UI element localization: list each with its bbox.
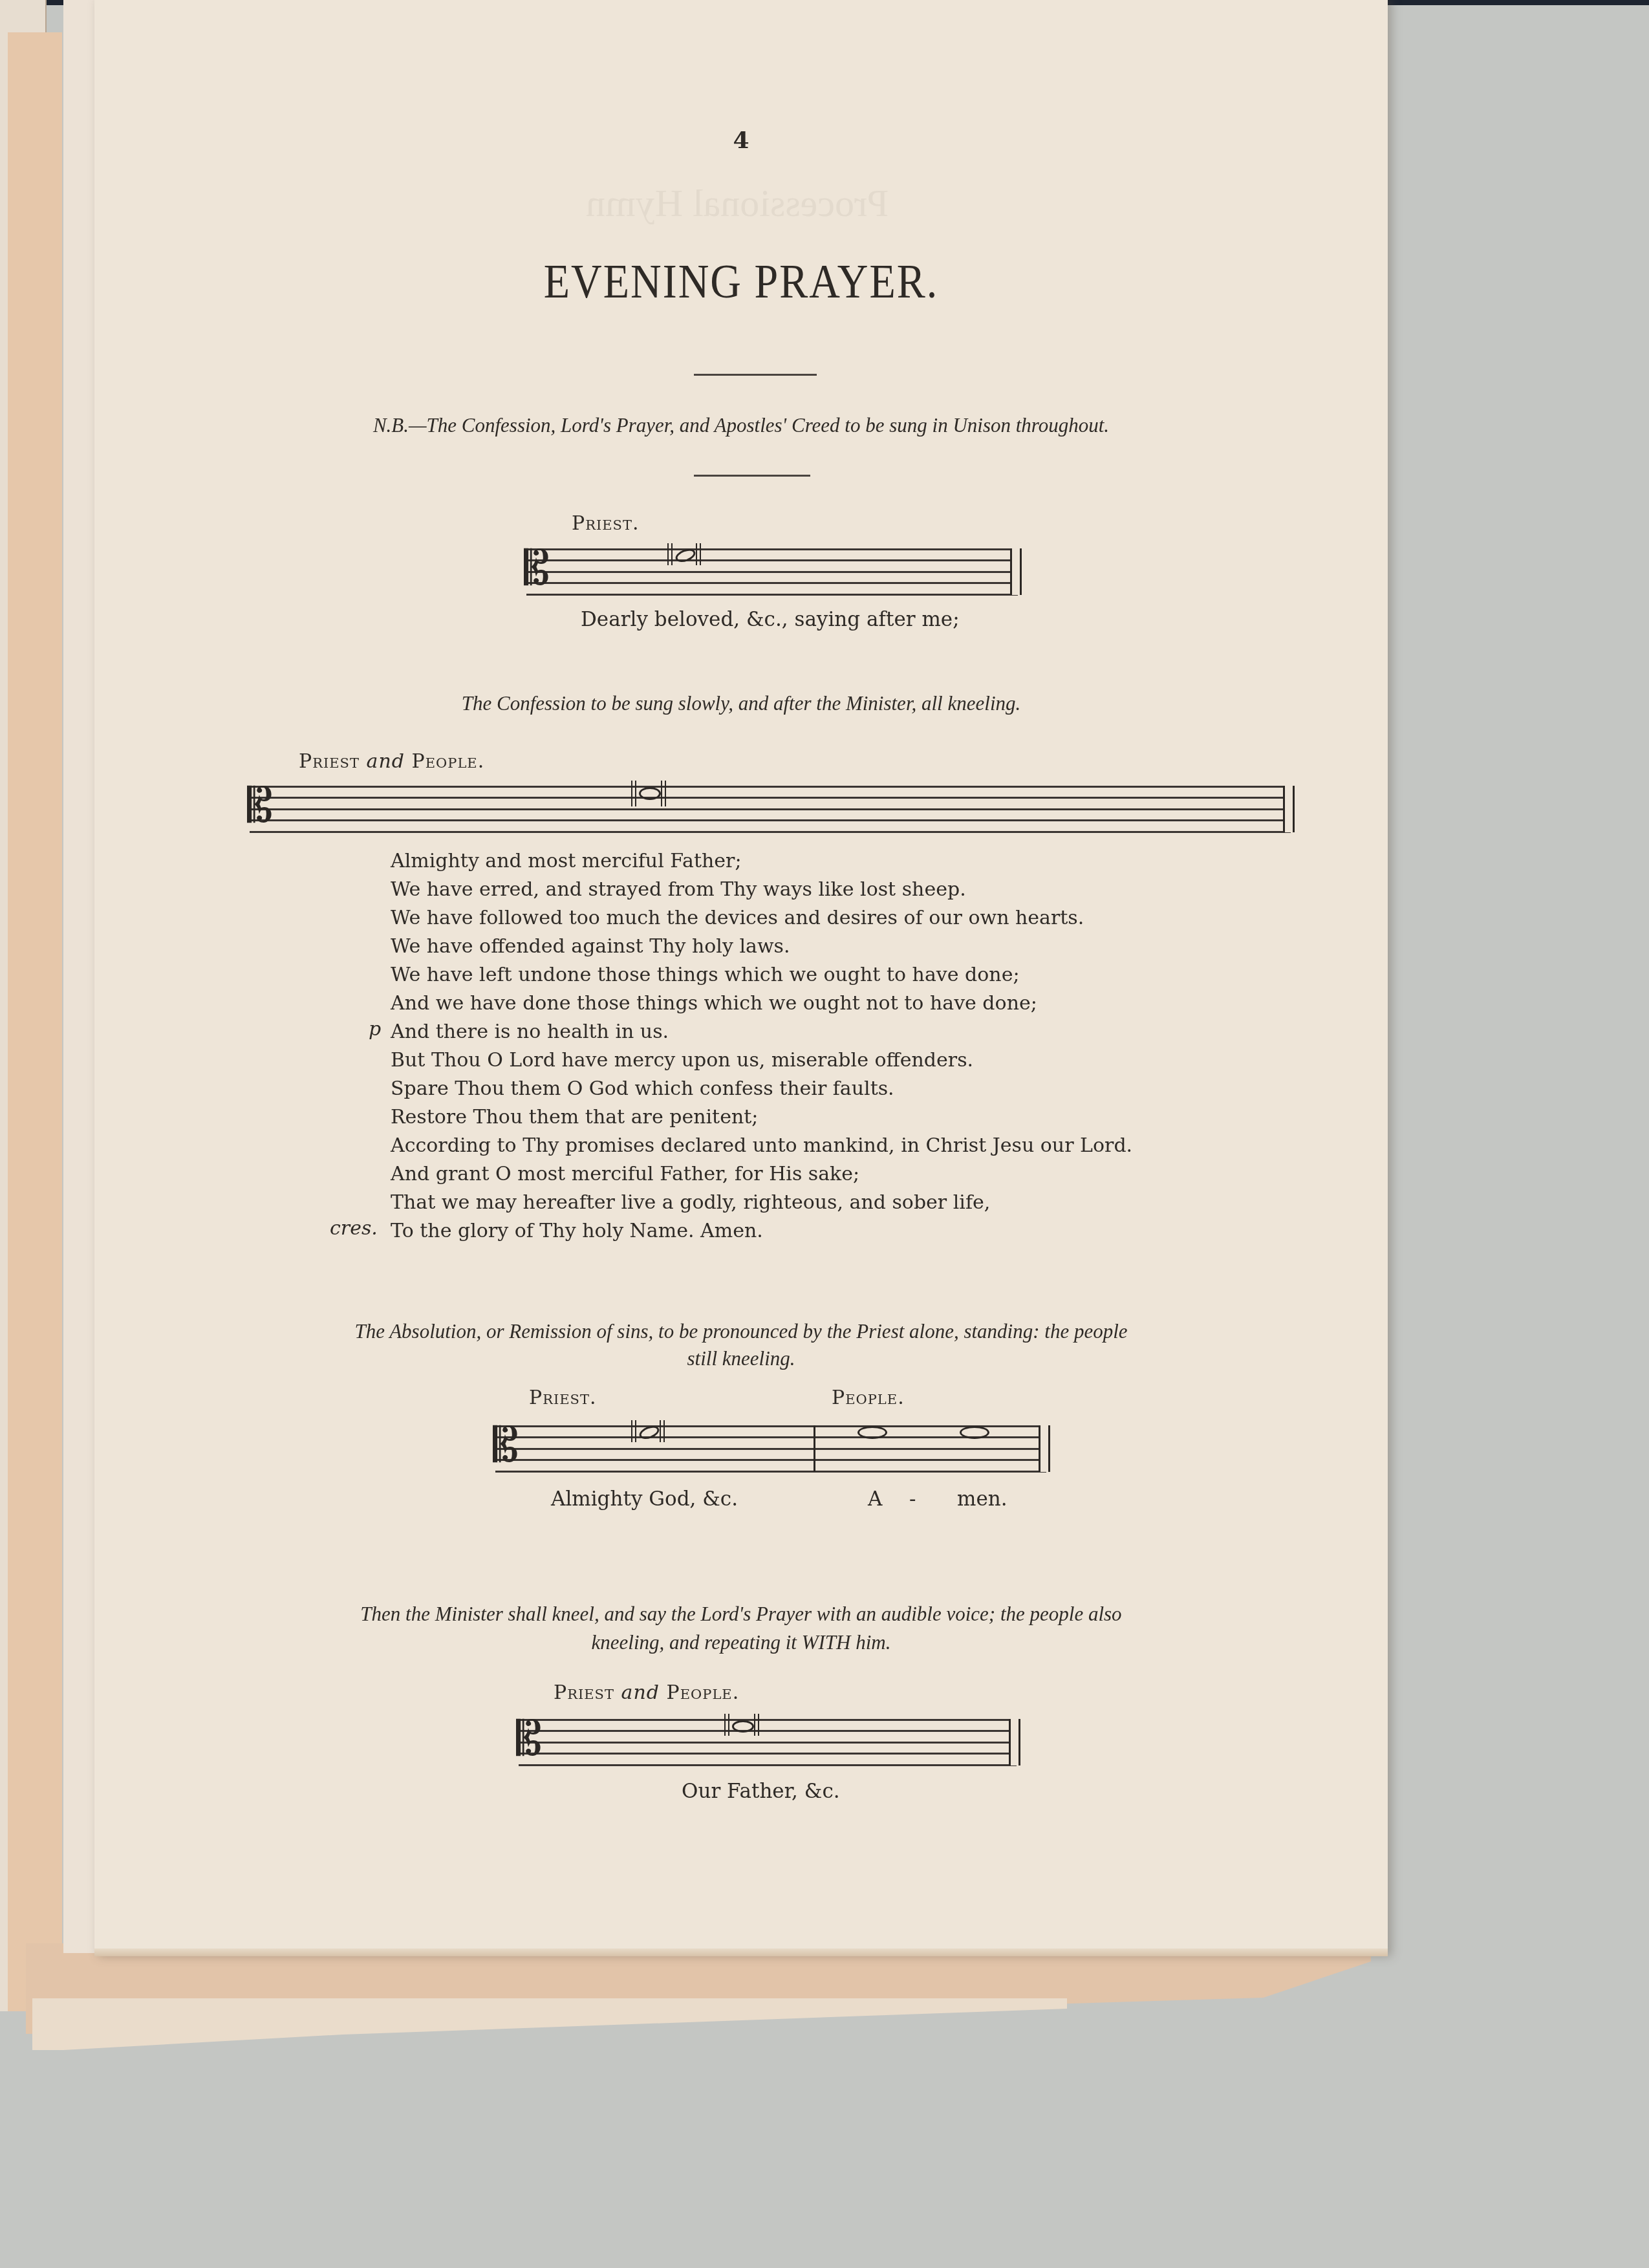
amen-hyphen: - — [909, 1487, 916, 1511]
dynamic-crescendo: cres. — [330, 1217, 378, 1240]
confession-line: We have left undone those things which w… — [391, 961, 1132, 989]
final-barline — [1039, 1425, 1050, 1472]
confession-line: According to Thy promises declared unto … — [391, 1132, 1132, 1160]
lords-prayer-rubric: Then the Minister shall kneel, and say t… — [120, 1600, 1362, 1657]
role-label-priest-and-people: Priest and People. — [299, 750, 484, 773]
c-clef-icon: 𝄡 — [247, 782, 273, 828]
final-barline — [1283, 786, 1295, 832]
c-clef-icon: 𝄡 — [516, 1715, 542, 1762]
final-barline — [1010, 548, 1022, 595]
page-edge-shadow — [94, 1949, 1388, 1956]
breve-note-icon — [732, 1720, 754, 1733]
under-sheet-tan — [8, 32, 62, 2011]
final-barline — [1009, 1719, 1020, 1766]
confession-line: And there is no health in us. — [391, 1018, 1132, 1046]
absolution-rubric: The Absolution, or Remission of sins, to… — [120, 1318, 1362, 1372]
confession-line: That we may hereafter live a godly, righ… — [391, 1189, 1132, 1217]
confession-line: We have erred, and strayed from Thy ways… — [391, 876, 1132, 904]
document-page: Processional Hymn 4 EVENING PRAYER. N.B.… — [94, 0, 1388, 1956]
nb-note: N.B.—The Confession, Lord's Prayer, and … — [94, 414, 1388, 437]
under-sheet-bottom-edge — [32, 1998, 1067, 2050]
confession-line: But Thou O Lord have mercy upon us, mise… — [391, 1046, 1132, 1075]
role-label-priest-and-people: Priest and People. — [554, 1681, 739, 1704]
amen-note-a-icon — [857, 1426, 887, 1439]
divider-top — [694, 374, 817, 376]
music-staff-lords-prayer: 𝄡 — [519, 1719, 1017, 1766]
amen-note-men-icon — [960, 1426, 989, 1439]
divider-bottom — [694, 475, 810, 477]
confession-rubric: The Confession to be sung slowly, and af… — [94, 692, 1388, 715]
confession-line: And we have done those things which we o… — [391, 989, 1132, 1018]
confession-line: To the glory of Thy holy Name. Amen. — [391, 1217, 1132, 1246]
role-label-priest: Priest. — [572, 512, 640, 535]
confession-line: We have followed too much the devices an… — [391, 904, 1132, 933]
confession-line: And grant O most merciful Father, for Hi… — [391, 1160, 1132, 1189]
confession-line: Restore Thou them that are penitent; — [391, 1103, 1132, 1132]
bleed-through-heading: Processional Hymn — [586, 181, 889, 226]
page-number: 4 — [94, 127, 1388, 154]
dynamic-piano: p — [369, 1018, 381, 1041]
barline — [814, 1425, 815, 1472]
confession-line: Almighty and most merciful Father; — [391, 847, 1132, 876]
music-staff-confession: 𝄡 — [250, 786, 1291, 832]
amen-syllable-a: A — [868, 1487, 882, 1511]
c-clef-icon: 𝄡 — [524, 545, 550, 591]
caption-our-father: Our Father, &c. — [682, 1780, 840, 1803]
role-label-people: People. — [832, 1387, 905, 1409]
caption-almighty-god: Almighty God, &c. — [551, 1487, 738, 1511]
music-staff-priest: 𝄡 — [526, 548, 1018, 595]
amen-syllable-men: men. — [957, 1487, 1008, 1511]
caption-dearly-beloved: Dearly beloved, &c., saying after me; — [581, 608, 960, 631]
music-staff-absolution: 𝄡 — [495, 1425, 1046, 1472]
page-title: EVENING PRAYER. — [94, 254, 1388, 309]
under-sheet-second — [63, 0, 96, 1953]
c-clef-icon: 𝄡 — [493, 1421, 519, 1468]
breve-note-icon — [639, 787, 661, 800]
role-label-priest: Priest. — [529, 1387, 597, 1409]
confession-line: Spare Thou them O God which confess thei… — [391, 1075, 1132, 1103]
confession-line: We have offended against Thy holy laws. — [391, 933, 1132, 961]
confession-text: Almighty and most merciful Father; We ha… — [391, 847, 1132, 1246]
